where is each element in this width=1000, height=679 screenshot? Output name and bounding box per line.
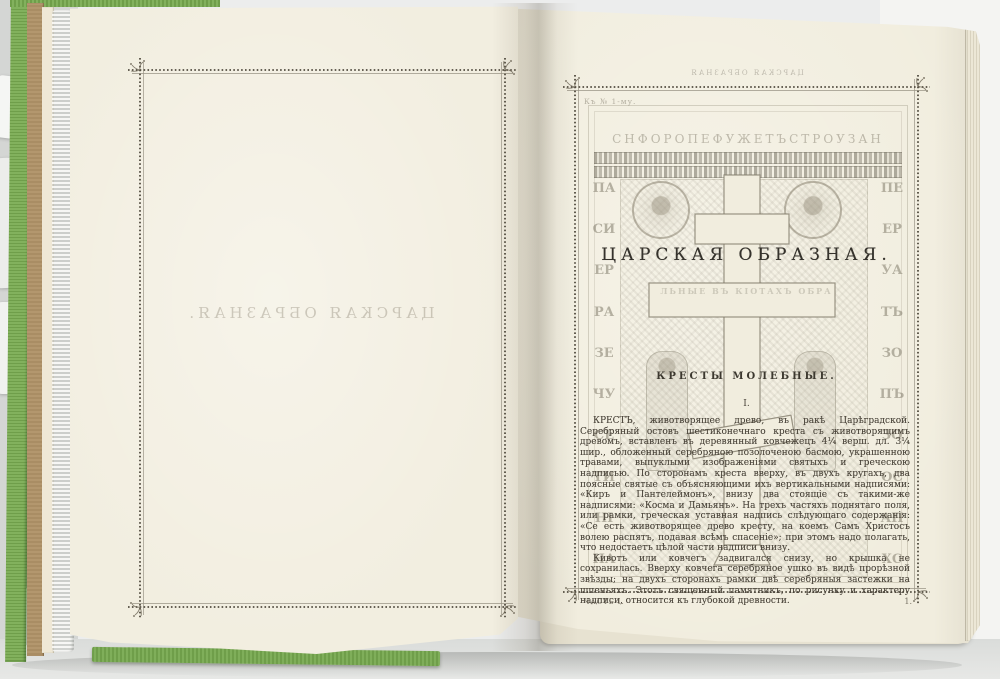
page-number: 1. xyxy=(892,597,912,606)
showthrough-mirrored-title: ЦАРСКАЯ ОБРАЗНАЯ. xyxy=(150,304,470,322)
plate-reference-note: Къ № 1-му. xyxy=(584,97,636,106)
body-paragraph: КРЕСТЪ, животворящее древо, въ ракѣ Царѣ… xyxy=(580,416,910,554)
book-photo: ЦАРСКАЯ ОБРАЗНАЯ. СНФОРОПЕФУЖЕТЪСТРОУЗАН… xyxy=(0,0,1000,679)
body-paragraph: Кивотъ или ковчегъ задвигался снизу, но … xyxy=(580,554,910,607)
body-text: КРЕСТЪ, животворящее древо, въ ракѣ Царѣ… xyxy=(580,416,910,607)
left-page-border xyxy=(70,6,518,654)
page-title: ЦАРСКАЯ ОБРАЗНАЯ. xyxy=(575,245,918,265)
section-number: I. xyxy=(575,399,918,409)
showthrough-band: ЛЬНЫЕ ВЪ КІОТАХЪ ОБРА xyxy=(575,286,918,296)
section-heading: КРЕСТЫ МОЛЕБНЫЕ. xyxy=(575,371,918,382)
right-page: СНФОРОПЕФУЖЕТЪСТРОУЗАН ПАСИЕРРАЗЕЧУСЕТИН… xyxy=(518,5,980,647)
left-page: ЦАРСКАЯ ОБРАЗНАЯ. xyxy=(70,6,518,654)
showthrough-running-header: ЦАРСКАЯ ОБРАЗНАЯ xyxy=(575,69,918,77)
footer-part-label: ЧАСТЬ I. xyxy=(584,598,625,606)
